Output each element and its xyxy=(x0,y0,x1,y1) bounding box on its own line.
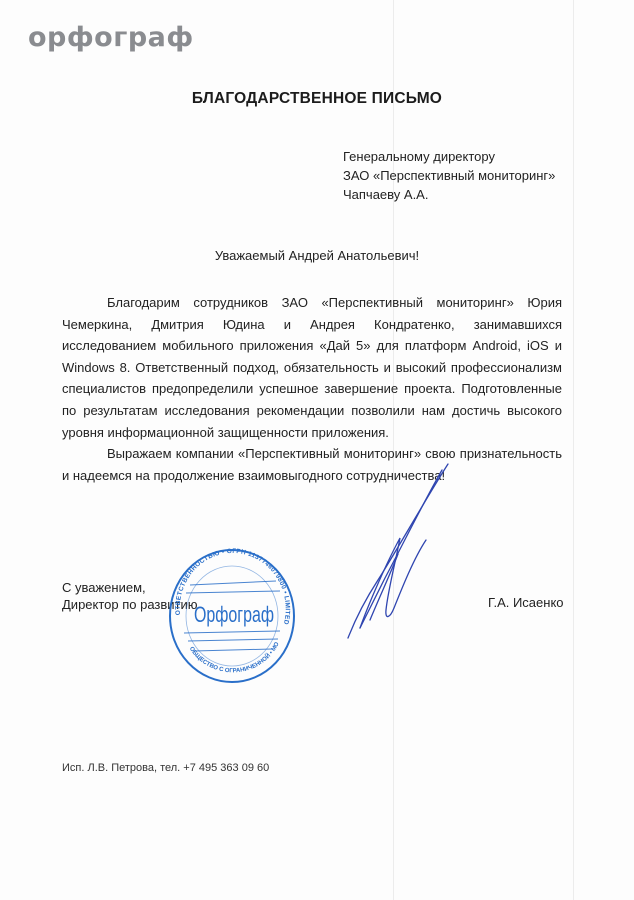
letter-body: Благодарим сотрудников ЗАО «Перспективны… xyxy=(62,292,562,486)
addressee-line: Генеральному директору xyxy=(343,147,555,166)
executor-contact: Исп. Л.В. Петрова, тел. +7 495 363 09 60 xyxy=(62,762,269,774)
addressee-block: Генеральному директору ЗАО «Перспективны… xyxy=(343,147,555,204)
signer-name: Г.А. Исаенко xyxy=(488,595,564,610)
body-paragraph: Благодарим сотрудников ЗАО «Перспективны… xyxy=(62,292,562,443)
letter-page: орфограф БЛАГОДАРСТВЕННОЕ ПИСЬМО Генерал… xyxy=(0,0,634,900)
company-stamp: ОТВЕТСТВЕННОСТЬЮ • ОГРН 1137746079800 • … xyxy=(166,533,296,688)
addressee-line: Чапчаеву А.А. xyxy=(343,185,555,204)
stamp-center-text: Орфограф xyxy=(194,602,274,627)
addressee-line: ЗАО «Перспективный мониторинг» xyxy=(343,166,555,185)
letter-title: БЛАГОДАРСТВЕННОЕ ПИСЬМО xyxy=(0,90,634,108)
body-paragraph: Выражаем компании «Перспективный монитор… xyxy=(62,443,562,486)
greeting: Уважаемый Андрей Анатольевич! xyxy=(0,248,634,263)
signature xyxy=(330,460,460,645)
scan-fold-line xyxy=(573,0,574,900)
company-logo: орфограф xyxy=(28,22,194,53)
